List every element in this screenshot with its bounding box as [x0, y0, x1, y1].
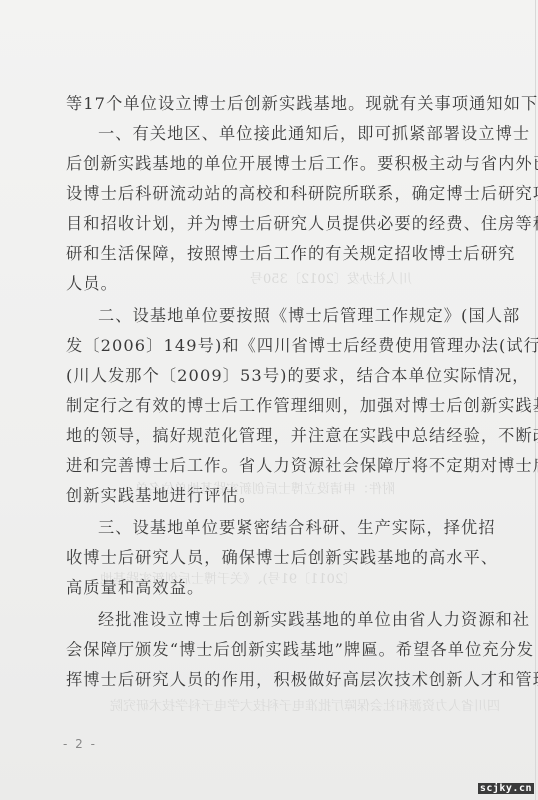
body-line: 创新实践基地进行评估。 [66, 486, 476, 506]
body-line: 设博士后科研流动站的高校和科研院所联系，确定博士后研究项 [66, 184, 476, 204]
paragraph-1-start: 一、有关地区、单位接此通知后，即可抓紧部署设立博士 [98, 124, 476, 144]
body-line: 会保障厅颁发“博士后创新实践基地”牌匾。希望各单位充分发 [66, 640, 476, 660]
body-line: 收博士后研究人员，确保博士后创新实践基地的高水平、 [66, 548, 476, 568]
body-line: 等17个单位设立博士后创新实践基地。现就有关事项通知如下: [66, 94, 476, 114]
body-line: 研和生活保障，按照博士后工作的有关规定招收博士后研究 [66, 244, 476, 264]
body-line: 后创新实践基地的单位开展博士后工作。要积极主动与省内外已 [66, 154, 476, 174]
document-page: 川人社办发〔2012〕350号 附件：申请设立博士后创新实践基地单位名单 〔20… [0, 0, 538, 800]
body-line: (川人发那个〔2009〕53号)的要求，结合本单位实际情况， [66, 366, 476, 386]
site-watermark: scjky.cn [478, 783, 534, 794]
body-line: 挥博士后研究人员的作用，积极做好高层次技术创新人才和管理 [66, 670, 476, 690]
paragraph-2-start: 二、设基地单位要按照《博士后管理工作规定》(国人部 [98, 306, 476, 326]
body-line: 目和招收计划，并为博士后研究人员提供必要的经费、住房等科 [66, 214, 476, 234]
body-line: 地的领导，搞好规范化管理，并注意在实践中总结经验，不断改 [66, 426, 476, 446]
body-line: 发〔2006〕149号)和《四川省博士后经费使用管理办法(试行)》 [66, 336, 476, 356]
body-line: 制定行之有效的博士后工作管理细则，加强对博士后创新实践基 [66, 396, 476, 416]
body-line: 进和完善博士后工作。省人力资源社会保障厅将不定期对博士后 [66, 456, 476, 476]
body-line: 高质量和高效益。 [66, 578, 476, 598]
page-number: - 2 - [63, 737, 97, 751]
paragraph-4-start: 经批准设立博士后创新实践基地的单位由省人力资源和社 [98, 610, 476, 630]
bleed-through-text: 四川省人力资源和社会保障厅批准电子科技大学电子科学技术研究院 [110, 695, 500, 714]
paragraph-3-start: 三、设基地单位要紧密结合科研、生产实际，择优招 [98, 518, 476, 538]
body-line: 人员。 [66, 274, 476, 294]
